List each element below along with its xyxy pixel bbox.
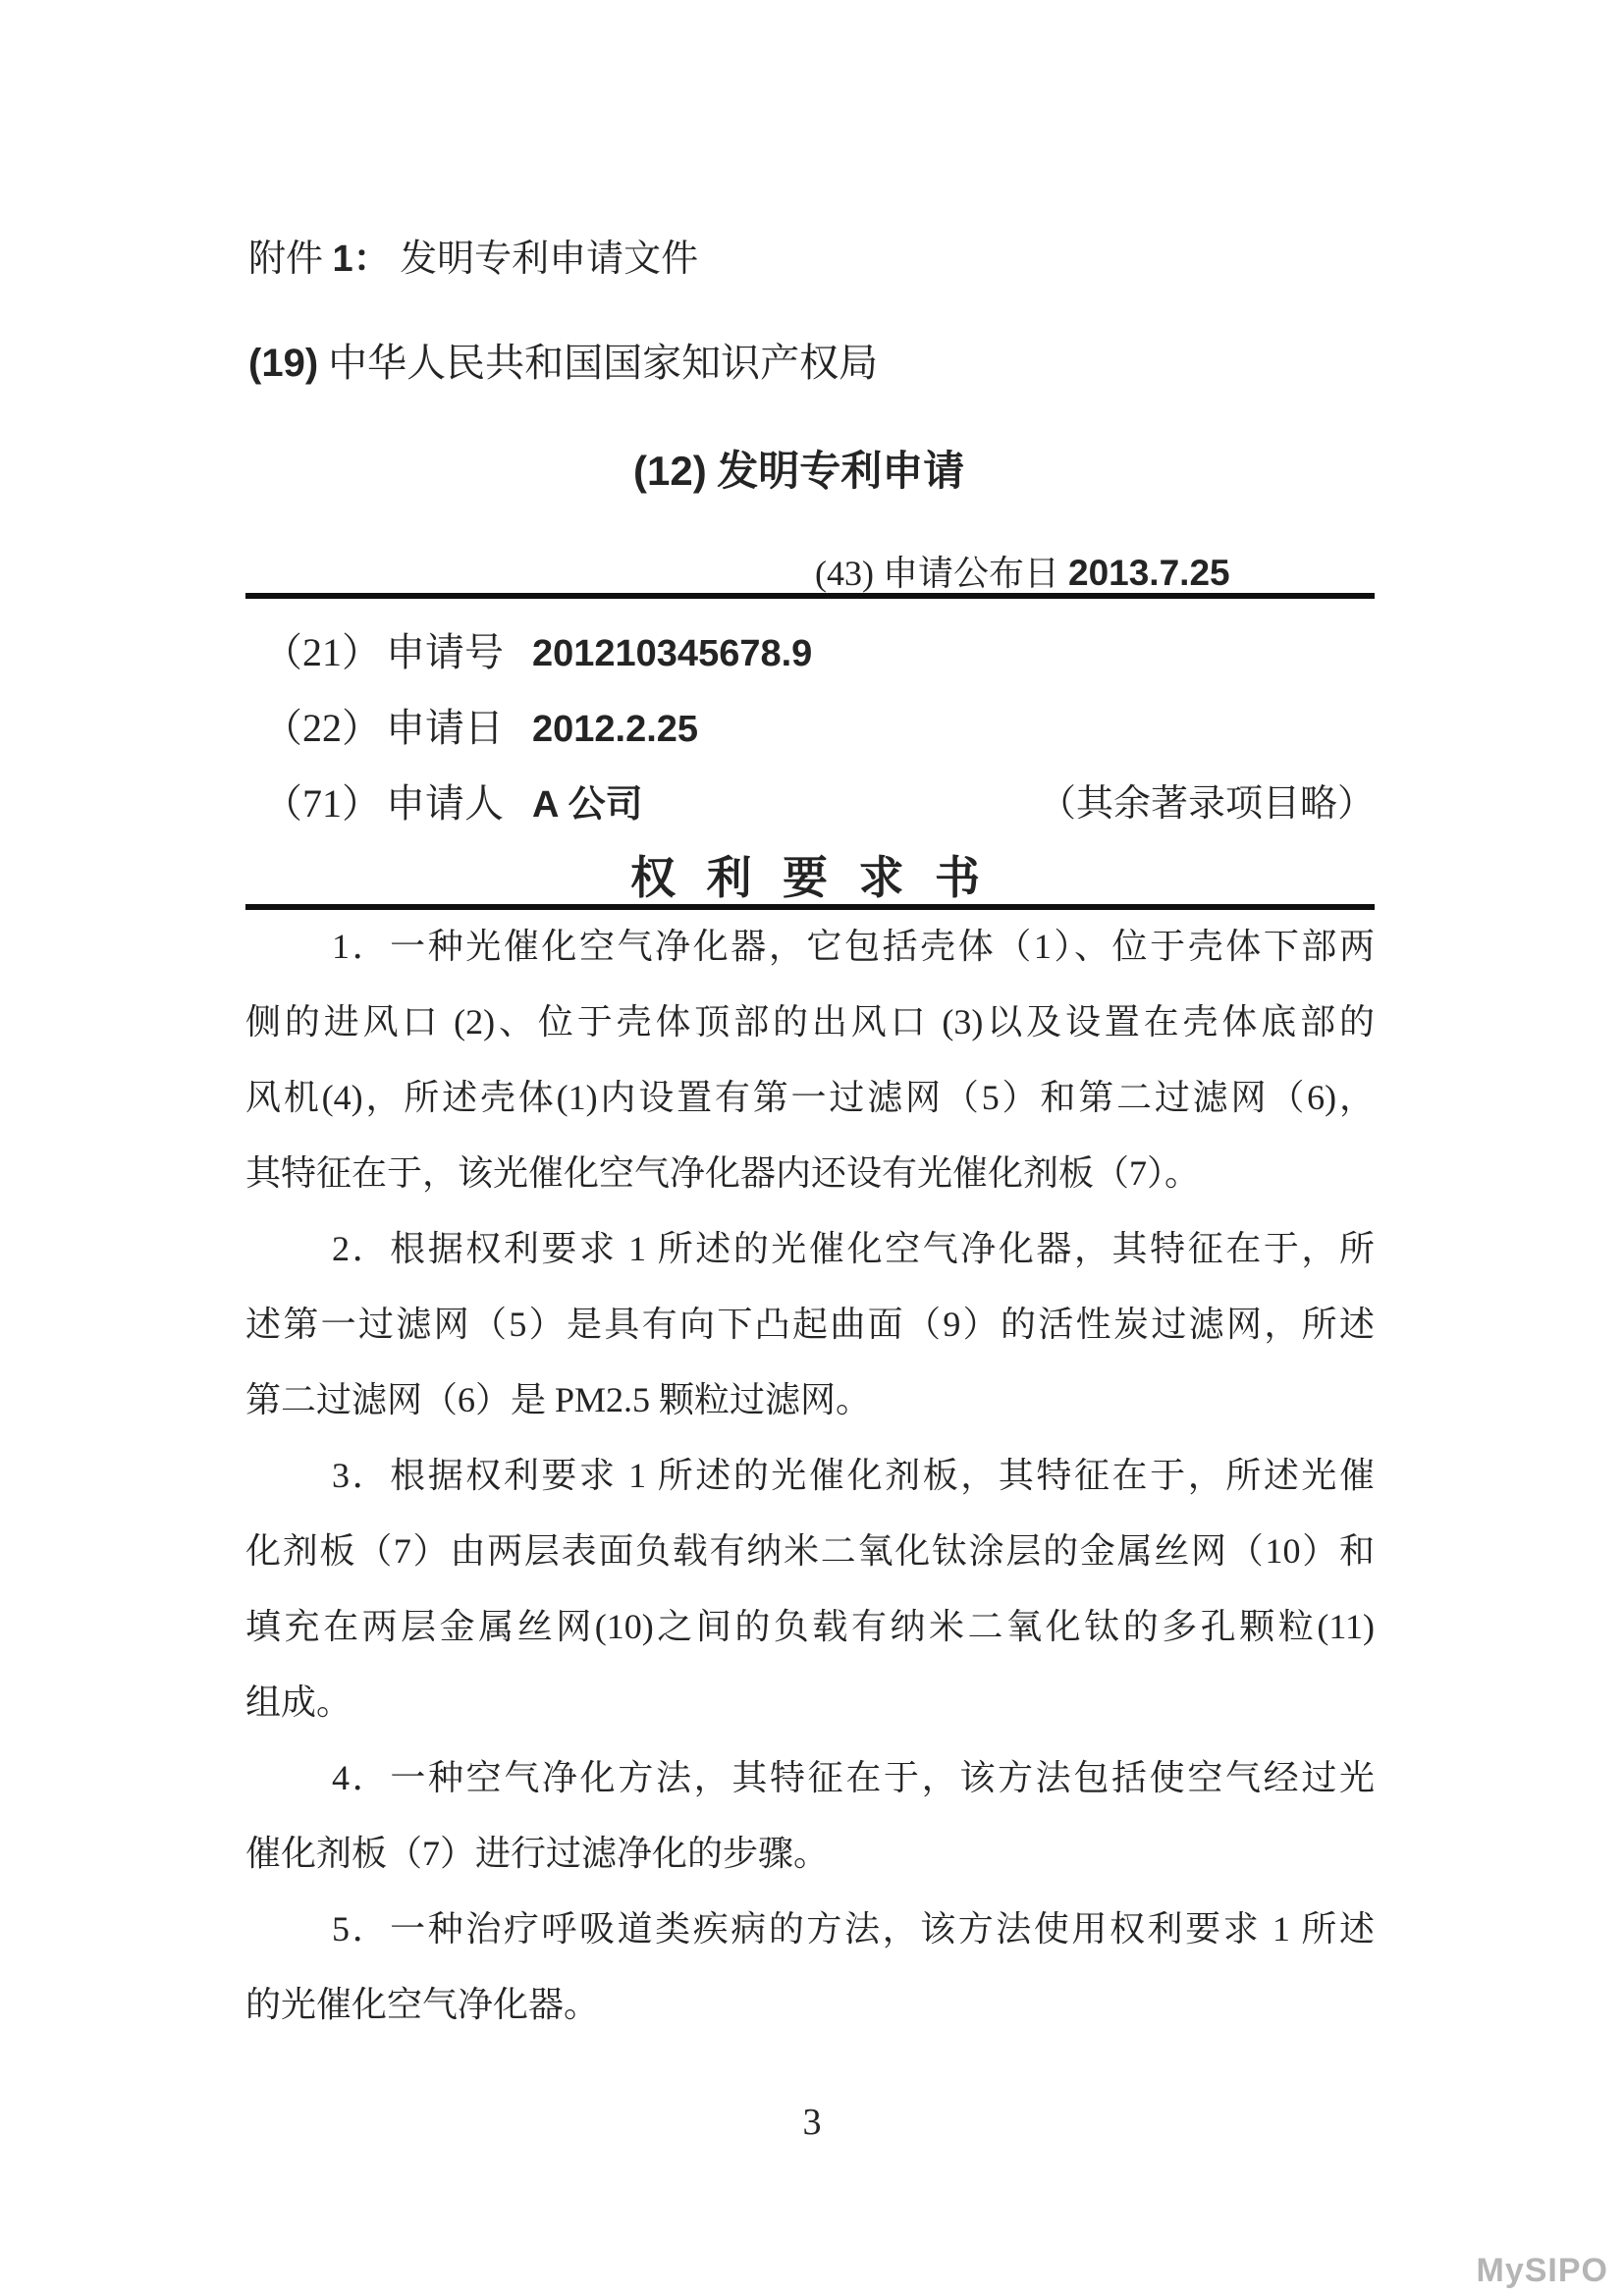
claim-line-11: 组成。: [245, 1665, 1375, 1740]
doc-type-heading: (12) 发明专利申请: [633, 439, 964, 498]
watermark-mysipo: MySIPO: [1477, 2252, 1608, 2290]
attachment-number: 1：: [333, 239, 391, 280]
bibliography-omitted-note: （其余著录项目略）: [1039, 773, 1375, 827]
claim-line-9: 化剂板（7）由两层表面负载有纳米二氧化钛涂层的金属丝网（10）和: [245, 1514, 1375, 1589]
claim-line-1: 1．一种光催化空气净化器，它包括壳体（1）、位于壳体下部两: [245, 909, 1375, 985]
claim-line-8: 3．根据权利要求 1 所述的光催化剂板，其特征在于，所述光催: [245, 1438, 1375, 1514]
bib-row-applicant: （71） 申请人 A 公司: [263, 773, 643, 828]
inid-code-21: （21）: [263, 621, 376, 677]
inid-code-43: (43): [815, 554, 874, 593]
office-line: (19) 中华人民共和国国家知识产权局: [248, 332, 878, 388]
bib-row-application-number: （21） 申请号 201210345678.9: [263, 621, 812, 677]
publication-date-label: 申请公布日: [883, 554, 1059, 593]
claim-line-6: 述第一过滤网（5）是具有向下凸起曲面（9）的活性炭过滤网，所述: [245, 1287, 1375, 1362]
publication-date-line: (43) 申请公布日 2013.7.25: [815, 546, 1230, 596]
claim-line-10: 填充在两层金属丝网(10)之间的负载有纳米二氧化钛的多孔颗粒(11): [245, 1589, 1375, 1665]
claim-line-5: 2．根据权利要求 1 所述的光催化空气净化器，其特征在于，所: [245, 1211, 1375, 1287]
application-number-value: 201210345678.9: [532, 633, 812, 674]
attachment-label: 附件: [248, 239, 323, 280]
filing-date-label: 申请日: [386, 697, 522, 753]
page-number: 3: [0, 2101, 1624, 2144]
horizontal-rule-top: [245, 593, 1375, 599]
claims-body: 1．一种光催化空气净化器，它包括壳体（1）、位于壳体下部两侧的进风口 (2)、位…: [245, 909, 1375, 2043]
application-number-label: 申请号: [386, 621, 522, 677]
bib-row-filing-date: （22） 申请日 2012.2.25: [263, 697, 698, 753]
claims-title: 权 利 要 求 书: [245, 842, 1375, 907]
attachment-line: 附件 1： 发明专利申请文件: [248, 228, 698, 282]
claim-line-14: 5．一种治疗呼吸道类疾病的方法，该方法使用权利要求 1 所述: [245, 1892, 1375, 1967]
claim-line-7: 第二过滤网（6）是 PM2.5 颗粒过滤网。: [245, 1362, 1375, 1438]
inid-code-71: （71）: [263, 773, 376, 828]
claim-line-4: 其特征在于，该光催化空气净化器内还设有光催化剂板（7）。: [245, 1136, 1375, 1211]
inid-code-22: （22）: [263, 697, 376, 753]
claim-line-12: 4．一种空气净化方法，其特征在于，该方法包括使空气经过光: [245, 1740, 1375, 1816]
claim-line-2: 侧的进风口 (2)、位于壳体顶部的出风口 (3)以及设置在壳体底部的: [245, 985, 1375, 1060]
attachment-title: 发明专利申请文件: [400, 239, 698, 280]
office-name: 中华人民共和国国家知识产权局: [328, 341, 878, 385]
filing-date-value: 2012.2.25: [532, 709, 698, 750]
publication-date-value: 2013.7.25: [1068, 553, 1230, 593]
inid-code-12: (12): [633, 448, 707, 494]
claim-line-3: 风机(4)，所述壳体(1)内设置有第一过滤网（5）和第二过滤网（6)，: [245, 1060, 1375, 1136]
claim-line-13: 催化剂板（7）进行过滤净化的步骤。: [245, 1816, 1375, 1892]
inid-code-19: (19): [248, 342, 318, 385]
applicant-value: A 公司: [532, 784, 643, 826]
claim-line-15: 的光催化空气净化器。: [245, 1967, 1375, 2043]
doc-type-text: 发明专利申请: [717, 450, 964, 495]
patent-document-page: 附件 1： 发明专利申请文件 (19) 中华人民共和国国家知识产权局 (12) …: [0, 0, 1624, 2296]
applicant-label: 申请人: [386, 773, 522, 828]
